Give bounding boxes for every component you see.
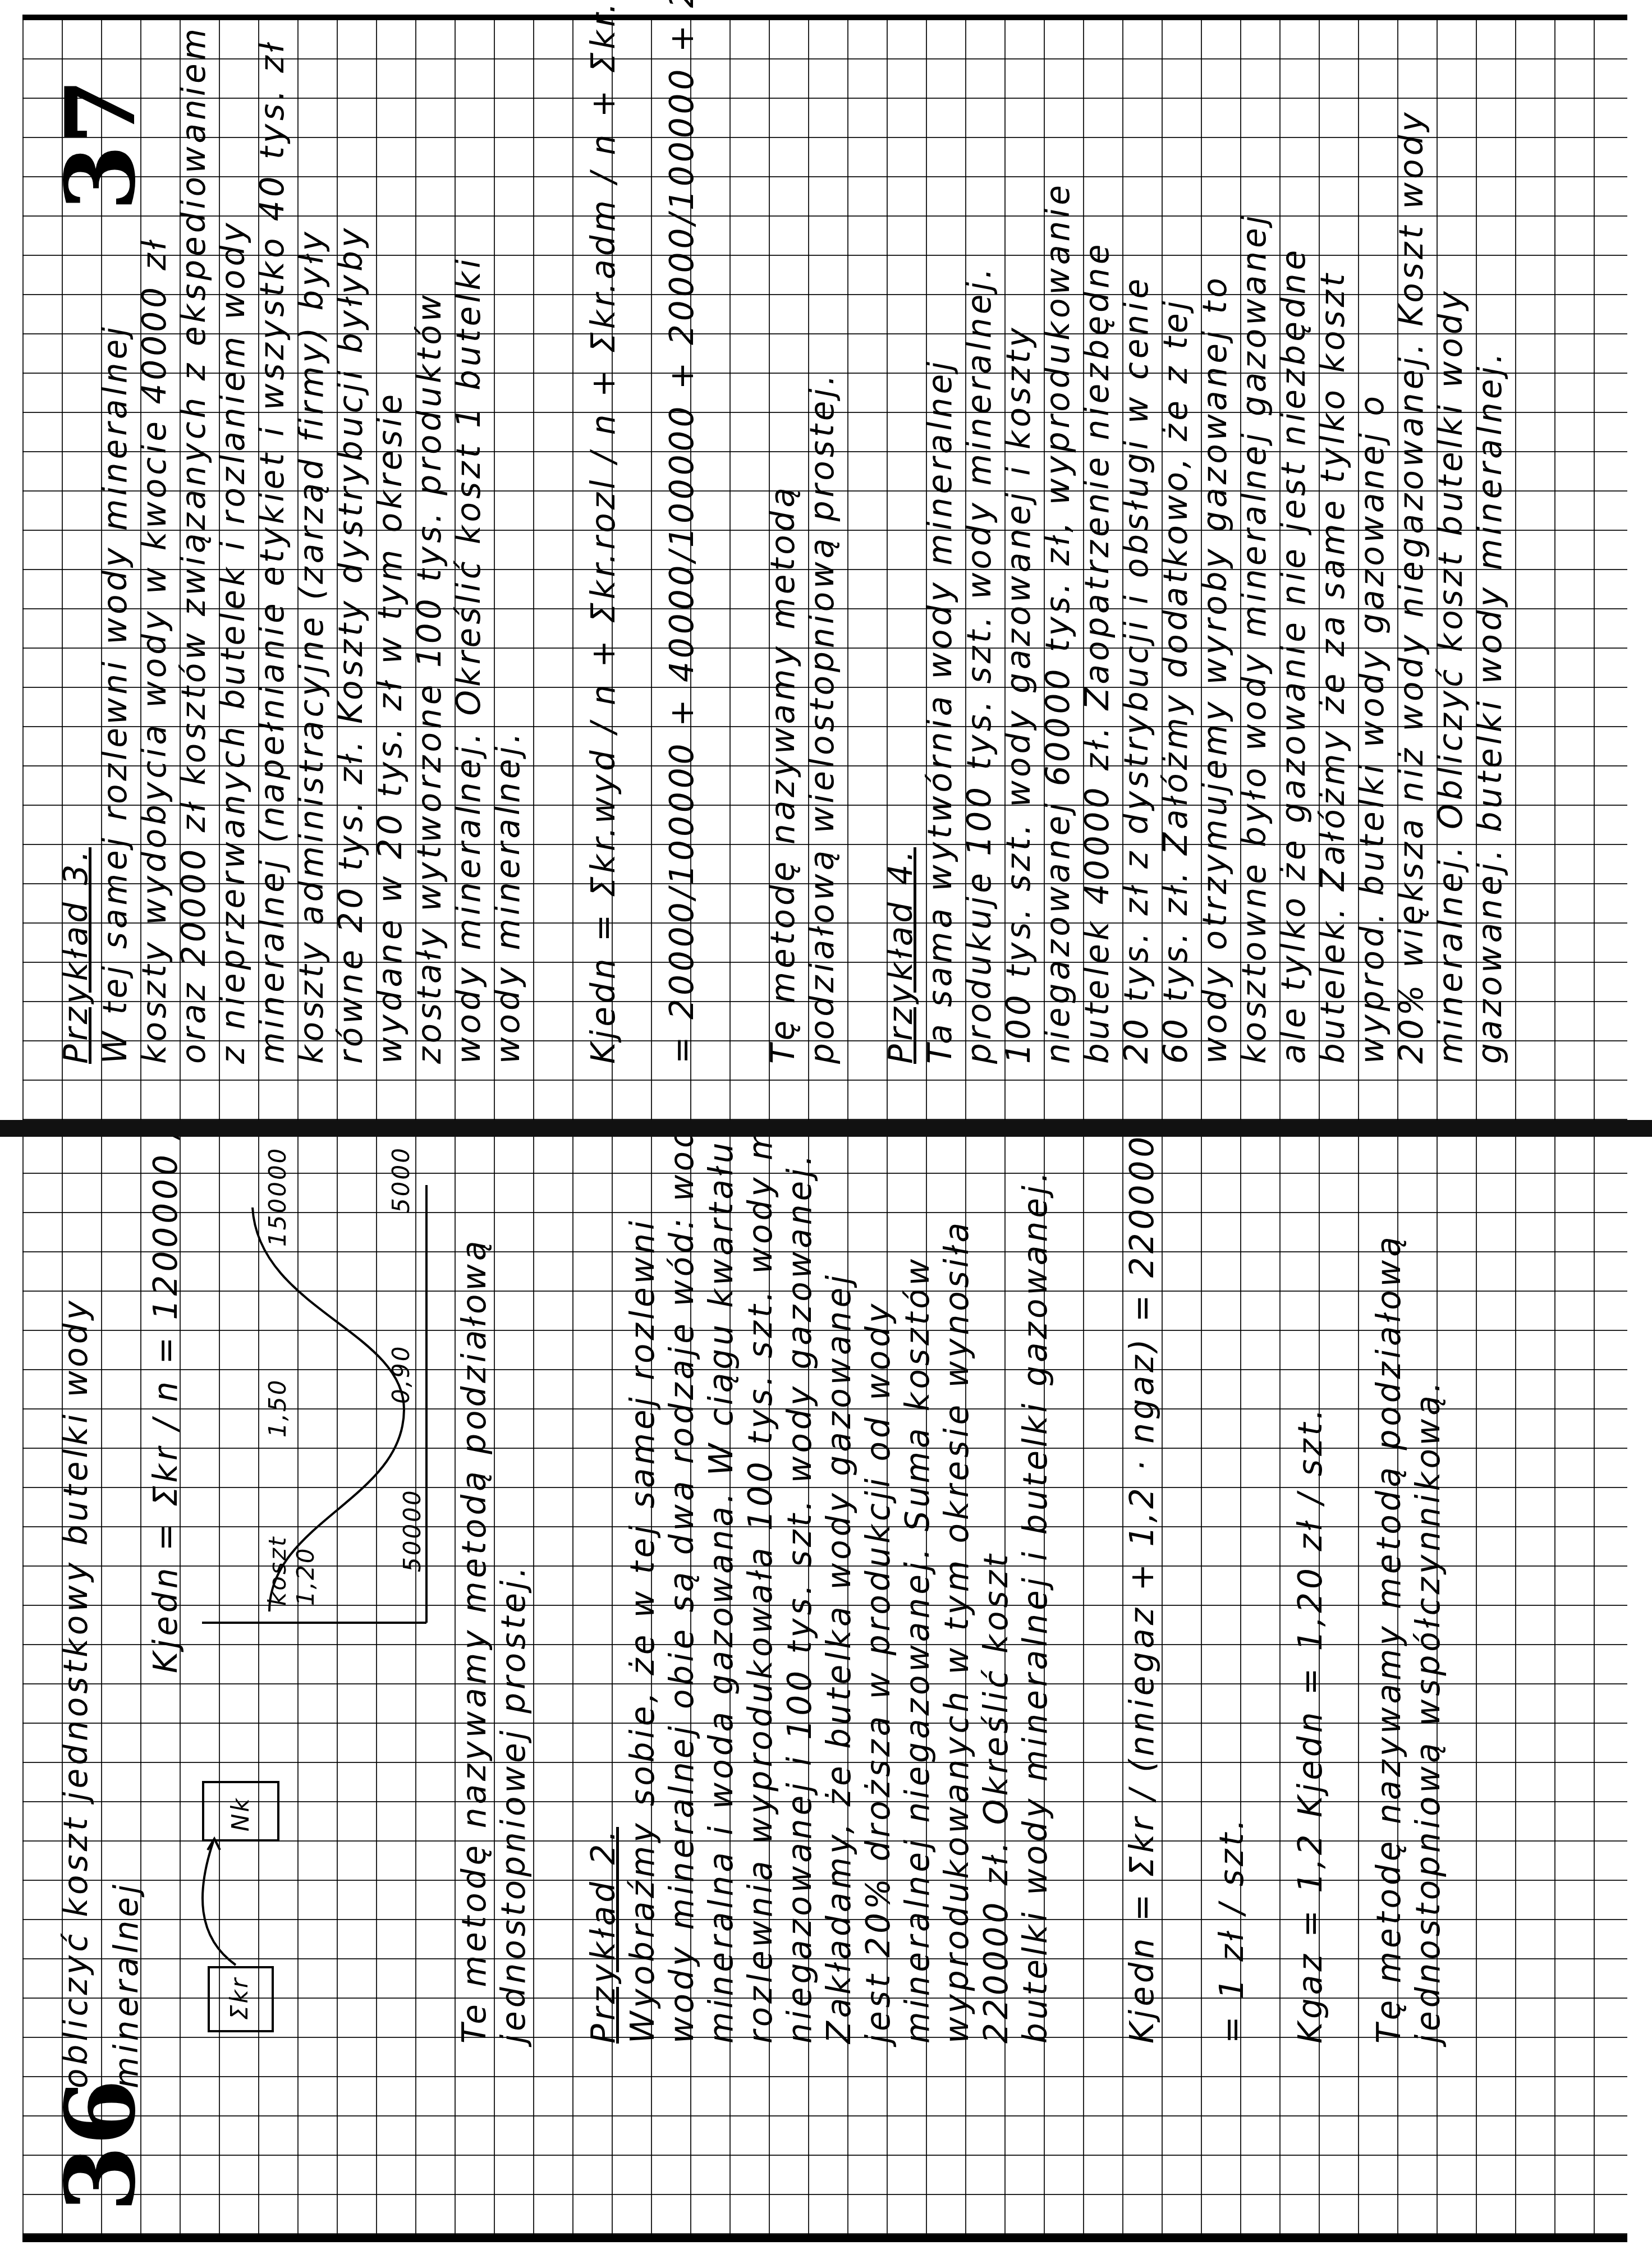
text-line: kosztowne było wody mineralnej gazowanej xyxy=(1235,212,1274,1064)
text-line: butelki wody mineralnej i butelki gazowa… xyxy=(1016,1169,1055,2044)
example-title: Przykład 2. xyxy=(584,1827,623,2044)
text-line: ale tylko że gazowanie nie jest niezbędn… xyxy=(1274,247,1313,1064)
text-line: wody mineralnej obie są dwa rodzaje wód:… xyxy=(662,1101,701,2044)
text-line: Ta sama wytwórnia wody mineralnej xyxy=(920,359,960,1064)
axis-label: 0,90 xyxy=(382,1344,421,1404)
result-line: = 1 zł / szt. xyxy=(1212,1816,1251,2044)
notebook-binding xyxy=(0,1120,1652,1137)
text-line: jednostopniowej prostej. xyxy=(494,1564,533,2044)
page-number: 36 xyxy=(45,2079,157,2212)
text-line: Zakładamy, że butelka wody gazowanej xyxy=(819,1272,859,2044)
text-line: mineralnej (napełnianie etykiet i wszyst… xyxy=(253,40,292,1064)
text-line: Te metodę nazywamy metodą podziałową xyxy=(455,1237,494,2044)
diagram-box-costs: Σkr xyxy=(208,1966,274,2032)
text-line: mineralna i woda gazowana. W ciągu kwart… xyxy=(701,1140,741,2044)
text-line: koszty administracyjne (zarząd firmy) by… xyxy=(292,228,331,1064)
text-line: wydane w 20 tys. zł w tym okresie xyxy=(370,391,410,1064)
example-title: Przykład 4. xyxy=(881,847,920,1064)
text-line: wody otrzymujemy wyroby gazowanej to xyxy=(1195,274,1235,1064)
text-line: niegazowanej i 100 tys. szt. wody gazowa… xyxy=(780,1151,819,2044)
diagram-box-nk: Nk xyxy=(202,1781,279,1842)
text-line: wody mineralnej. Określić koszt 1 butelk… xyxy=(449,256,488,1064)
text-line: wyprodukowanych w tym okresie wynosiła xyxy=(937,1219,976,2044)
notebook-page-37: Przykład 3. W tej samej rozlewni wody mi… xyxy=(22,15,1627,1120)
text-line: W tej samej rozlewni wody mineralnej xyxy=(95,324,135,1064)
diagram-label: Nk xyxy=(221,1797,260,1831)
diagram-label: Σkr xyxy=(220,1977,259,2020)
axis-label: 50000 xyxy=(393,1489,432,1572)
axis-label: 150000 xyxy=(258,1147,297,1247)
text-line: 60 tys. zł. Załóżmy dodatkowo, że z tej xyxy=(1156,297,1195,1064)
formula-kjedn-multistage: Kjedn = Σkr.wyd / n + Σkr.rozl / n + Σkr… xyxy=(584,0,623,1064)
page-number: 37 xyxy=(45,78,157,211)
text-line: z nieprzerwanych butelek i rozlaniem wod… xyxy=(213,219,253,1064)
text-line: Tę metodę nazywamy metodą podziałową xyxy=(1369,1233,1408,2044)
text-line: wody mineralnej. xyxy=(488,729,527,1064)
formula-values: = 20000/100000 + 40000/100000 + 20000/10… xyxy=(662,0,701,1064)
text-line: wyprod. butelki wody gazowanej o xyxy=(1352,393,1392,1064)
text-line: 20 tys. zł z dystrybucji i obsługi w cen… xyxy=(1117,276,1156,1064)
text-line: 20% większa niż wody niegazowanej. Koszt… xyxy=(1392,109,1431,1064)
notebook-page-36: 36 obliczyć koszt jednostkowy butelki wo… xyxy=(22,1129,1627,2242)
text-line: butelek 40000 zł. Zaopatrzenie niezbędne xyxy=(1077,241,1117,1064)
text-line: jednostopniową współczynnikową. xyxy=(1408,1379,1448,2044)
text-line: jest 20% droższa w produkcji od wody xyxy=(859,1301,898,2044)
text-line: Wyobraźmy sobie, że w tej samej rozlewni xyxy=(623,1218,662,2044)
result-line: Kgaz = 1,2 Kjedn = 1,20 zł / szt. xyxy=(1291,1406,1330,2044)
text-line: niegazowanej 60000 tys. zł, wyprodukowan… xyxy=(1038,182,1077,1064)
text-line: Tę metodę nazywamy metodą xyxy=(763,484,802,1064)
axis-label: 1,20 xyxy=(286,1546,325,1606)
text-line: oraz 20000 zł kosztów związanych z ekspe… xyxy=(174,25,213,1064)
text-line: gazowanej. butelki wody mineralnej. xyxy=(1470,350,1509,1064)
axis-label: 5000 xyxy=(382,1146,421,1213)
text-line: 220000 zł. Określić koszt xyxy=(976,1551,1016,2044)
text-line: mineralnej xyxy=(107,1881,146,2088)
text-line: koszty wydobycia wody w kwocie 40000 zł xyxy=(135,237,174,1064)
text-line: 100 tys. szt. wody gazowanej i koszty xyxy=(999,324,1038,1064)
text-line: obliczyć koszt jednostkowy butelki wody xyxy=(56,1297,95,2088)
example-title: Przykład 3. xyxy=(56,847,95,1064)
text-line: zostały wytworzone 100 tys. produktów xyxy=(410,292,449,1064)
text-line: mineralnej. Obliczyć koszt butelki wody xyxy=(1431,288,1470,1064)
text-line: produkuje 100 tys. szt. wody mineralnej. xyxy=(960,265,999,1064)
axis-label: 1,50 xyxy=(258,1378,297,1438)
text-line: równe 20 tys. zł. Koszty dystrybucji był… xyxy=(331,225,370,1064)
notebook-spread: 36 obliczyć koszt jednostkowy butelki wo… xyxy=(0,0,1652,2259)
text-line: butelek. Załóżmy że za same tylko koszt xyxy=(1313,270,1352,1064)
text-line: mineralnej niegazowanej. Suma kosztów xyxy=(898,1256,937,2044)
text-line: podziałową wielostopniową prostej. xyxy=(802,371,842,1064)
